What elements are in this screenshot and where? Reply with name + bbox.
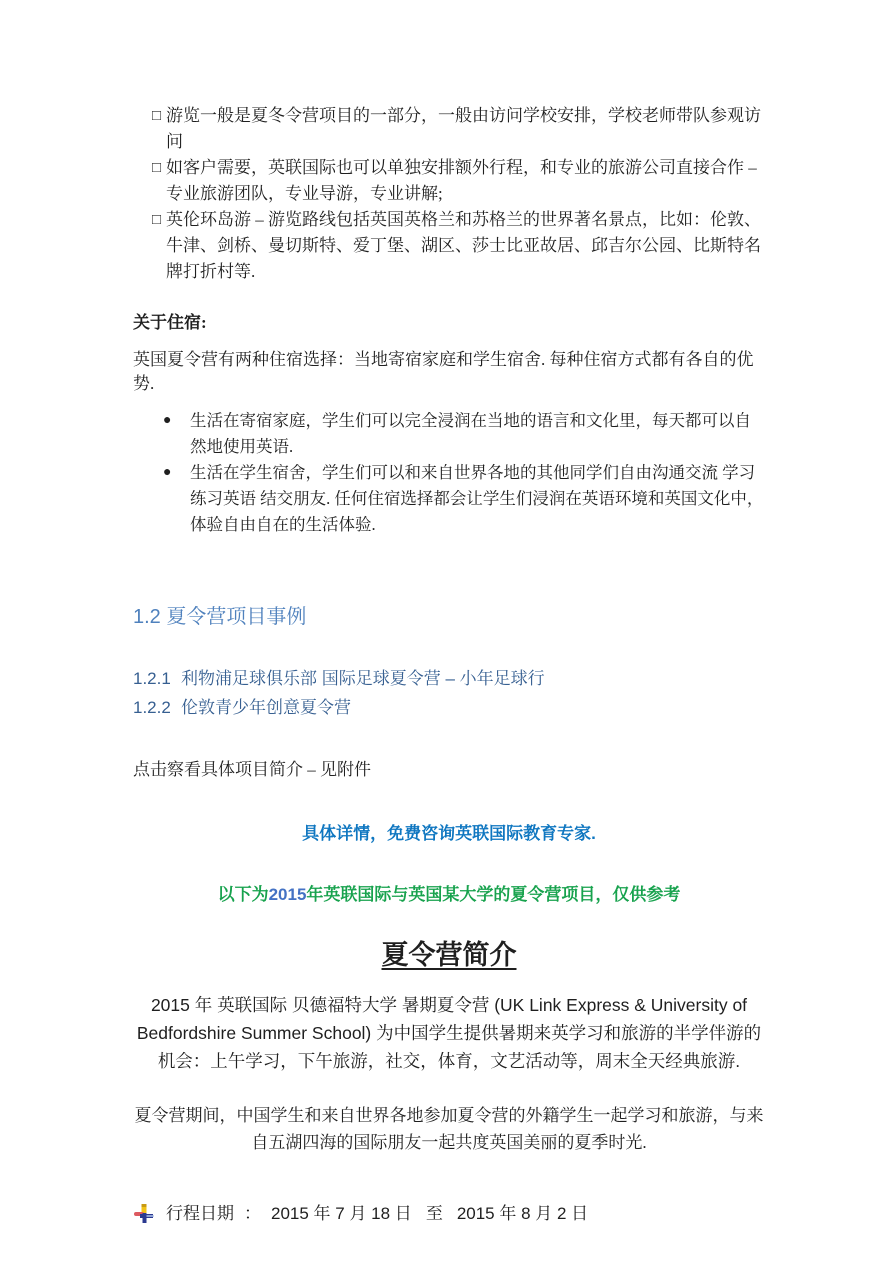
list-item-text: 英伦环岛游 – 游览路线包括英国英格兰和苏格兰的世界著名景点，比如：伦敦、牛津、…	[166, 207, 765, 285]
list-item-text: 生活在寄宿家庭，学生们可以完全浸润在当地的语言和文化里，每天都可以自然地使用英语…	[190, 408, 765, 460]
subsection-heading-1-2-2: 1.2.2伦敦青少年创意夏令营	[133, 693, 765, 722]
reference-note-year: 2015	[269, 885, 307, 904]
dot-bullet-icon: ●	[133, 408, 190, 434]
itinerary-label: 行程日期	[166, 1202, 234, 1226]
heading-number: 1.2.2	[133, 693, 181, 722]
list-item: ● 生活在学生宿舍，学生们可以和来自世界各地的其他同学们自由沟通交流 学习 练习…	[133, 460, 765, 538]
housing-list: ● 生活在寄宿家庭，学生们可以完全浸润在当地的语言和文化里，每天都可以自然地使用…	[133, 408, 765, 538]
reference-note-suffix: 年英联国际与英国某大学的夏令营项目，仅供参考	[306, 885, 680, 904]
attachment-note: 点击察看具体项目简介 – 见附件	[133, 758, 765, 782]
housing-heading: 关于住宿:	[133, 311, 765, 335]
list-item-text: 游览一般是夏冬令营项目的一部分，一般由访问学校安排，学校老师带队参观访问	[166, 103, 765, 155]
consult-note: 具体详情，免费咨询英联国际教育专家.	[133, 822, 765, 846]
list-item: □ 游览一般是夏冬令营项目的一部分，一般由访问学校安排，学校老师带队参观访问	[133, 103, 765, 155]
itinerary-date-line: 行程日期 ： 2015 年 7 月 18 日 至 2015 年 8 月 2 日	[133, 1202, 765, 1226]
reference-note: 以下为2015年英联国际与英国某大学的夏令营项目，仅供参考	[133, 883, 765, 907]
list-item: ● 生活在寄宿家庭，学生们可以完全浸润在当地的语言和文化里，每天都可以自然地使用…	[133, 408, 765, 460]
itinerary-end-date: 2015 年 8 月 2 日	[457, 1202, 588, 1226]
arrow-bullet-icon	[133, 1203, 155, 1225]
itinerary-start-date: 2015 年 7 月 18 日	[271, 1202, 412, 1226]
itinerary-to: 至	[426, 1202, 443, 1226]
list-item: □ 英伦环岛游 – 游览路线包括英国英格兰和苏格兰的世界著名景点，比如：伦敦、牛…	[133, 207, 765, 285]
camp-intro-paragraph-1: 2015 年 英联国际 贝德福特大学 暑期夏令营 (UK Link Expres…	[133, 991, 765, 1075]
list-item-text: 生活在学生宿舍，学生们可以和来自世界各地的其他同学们自由沟通交流 学习 练习英语…	[190, 460, 765, 538]
heading-label: 伦敦青少年创意夏令营	[181, 698, 351, 717]
reference-note-prefix: 以下为	[218, 885, 269, 904]
tour-checklist: □ 游览一般是夏冬令营项目的一部分，一般由访问学校安排，学校老师带队参观访问 □…	[133, 103, 765, 285]
list-item-text: 如客户需要，英联国际也可以单独安排额外行程，和专业的旅游公司直接合作 – 专业旅…	[166, 155, 765, 207]
checkbox-bullet-icon: □	[133, 155, 166, 181]
housing-intro: 英国夏令营有两种住宿选择：当地寄宿家庭和学生宿舍. 每种住宿方式都有各自的优势.	[133, 348, 765, 396]
itinerary-colon: ：	[244, 1202, 261, 1226]
checkbox-bullet-icon: □	[133, 103, 166, 129]
heading-number: 1.2.1	[133, 664, 181, 693]
checkbox-bullet-icon: □	[133, 207, 166, 233]
dot-bullet-icon: ●	[133, 460, 190, 486]
subsection-headings: 1.2.1利物浦足球俱乐部 国际足球夏令营 – 小年足球行 1.2.2伦敦青少年…	[133, 664, 765, 722]
camp-intro-title: 夏令营简介	[133, 938, 765, 972]
section-heading-1-2: 1.2 夏令营项目事例	[133, 604, 765, 630]
list-item: □ 如客户需要，英联国际也可以单独安排额外行程，和专业的旅游公司直接合作 – 专…	[133, 155, 765, 207]
document-page: □ 游览一般是夏冬令营项目的一部分，一般由访问学校安排，学校老师带队参观访问 □…	[0, 0, 892, 1262]
heading-label: 利物浦足球俱乐部 国际足球夏令营 – 小年足球行	[181, 669, 545, 688]
camp-intro-paragraph-2: 夏令营期间，中国学生和来自世界各地参加夏令营的外籍学生一起学习和旅游，与来自五湖…	[133, 1102, 765, 1156]
subsection-heading-1-2-1: 1.2.1利物浦足球俱乐部 国际足球夏令营 – 小年足球行	[133, 664, 765, 693]
